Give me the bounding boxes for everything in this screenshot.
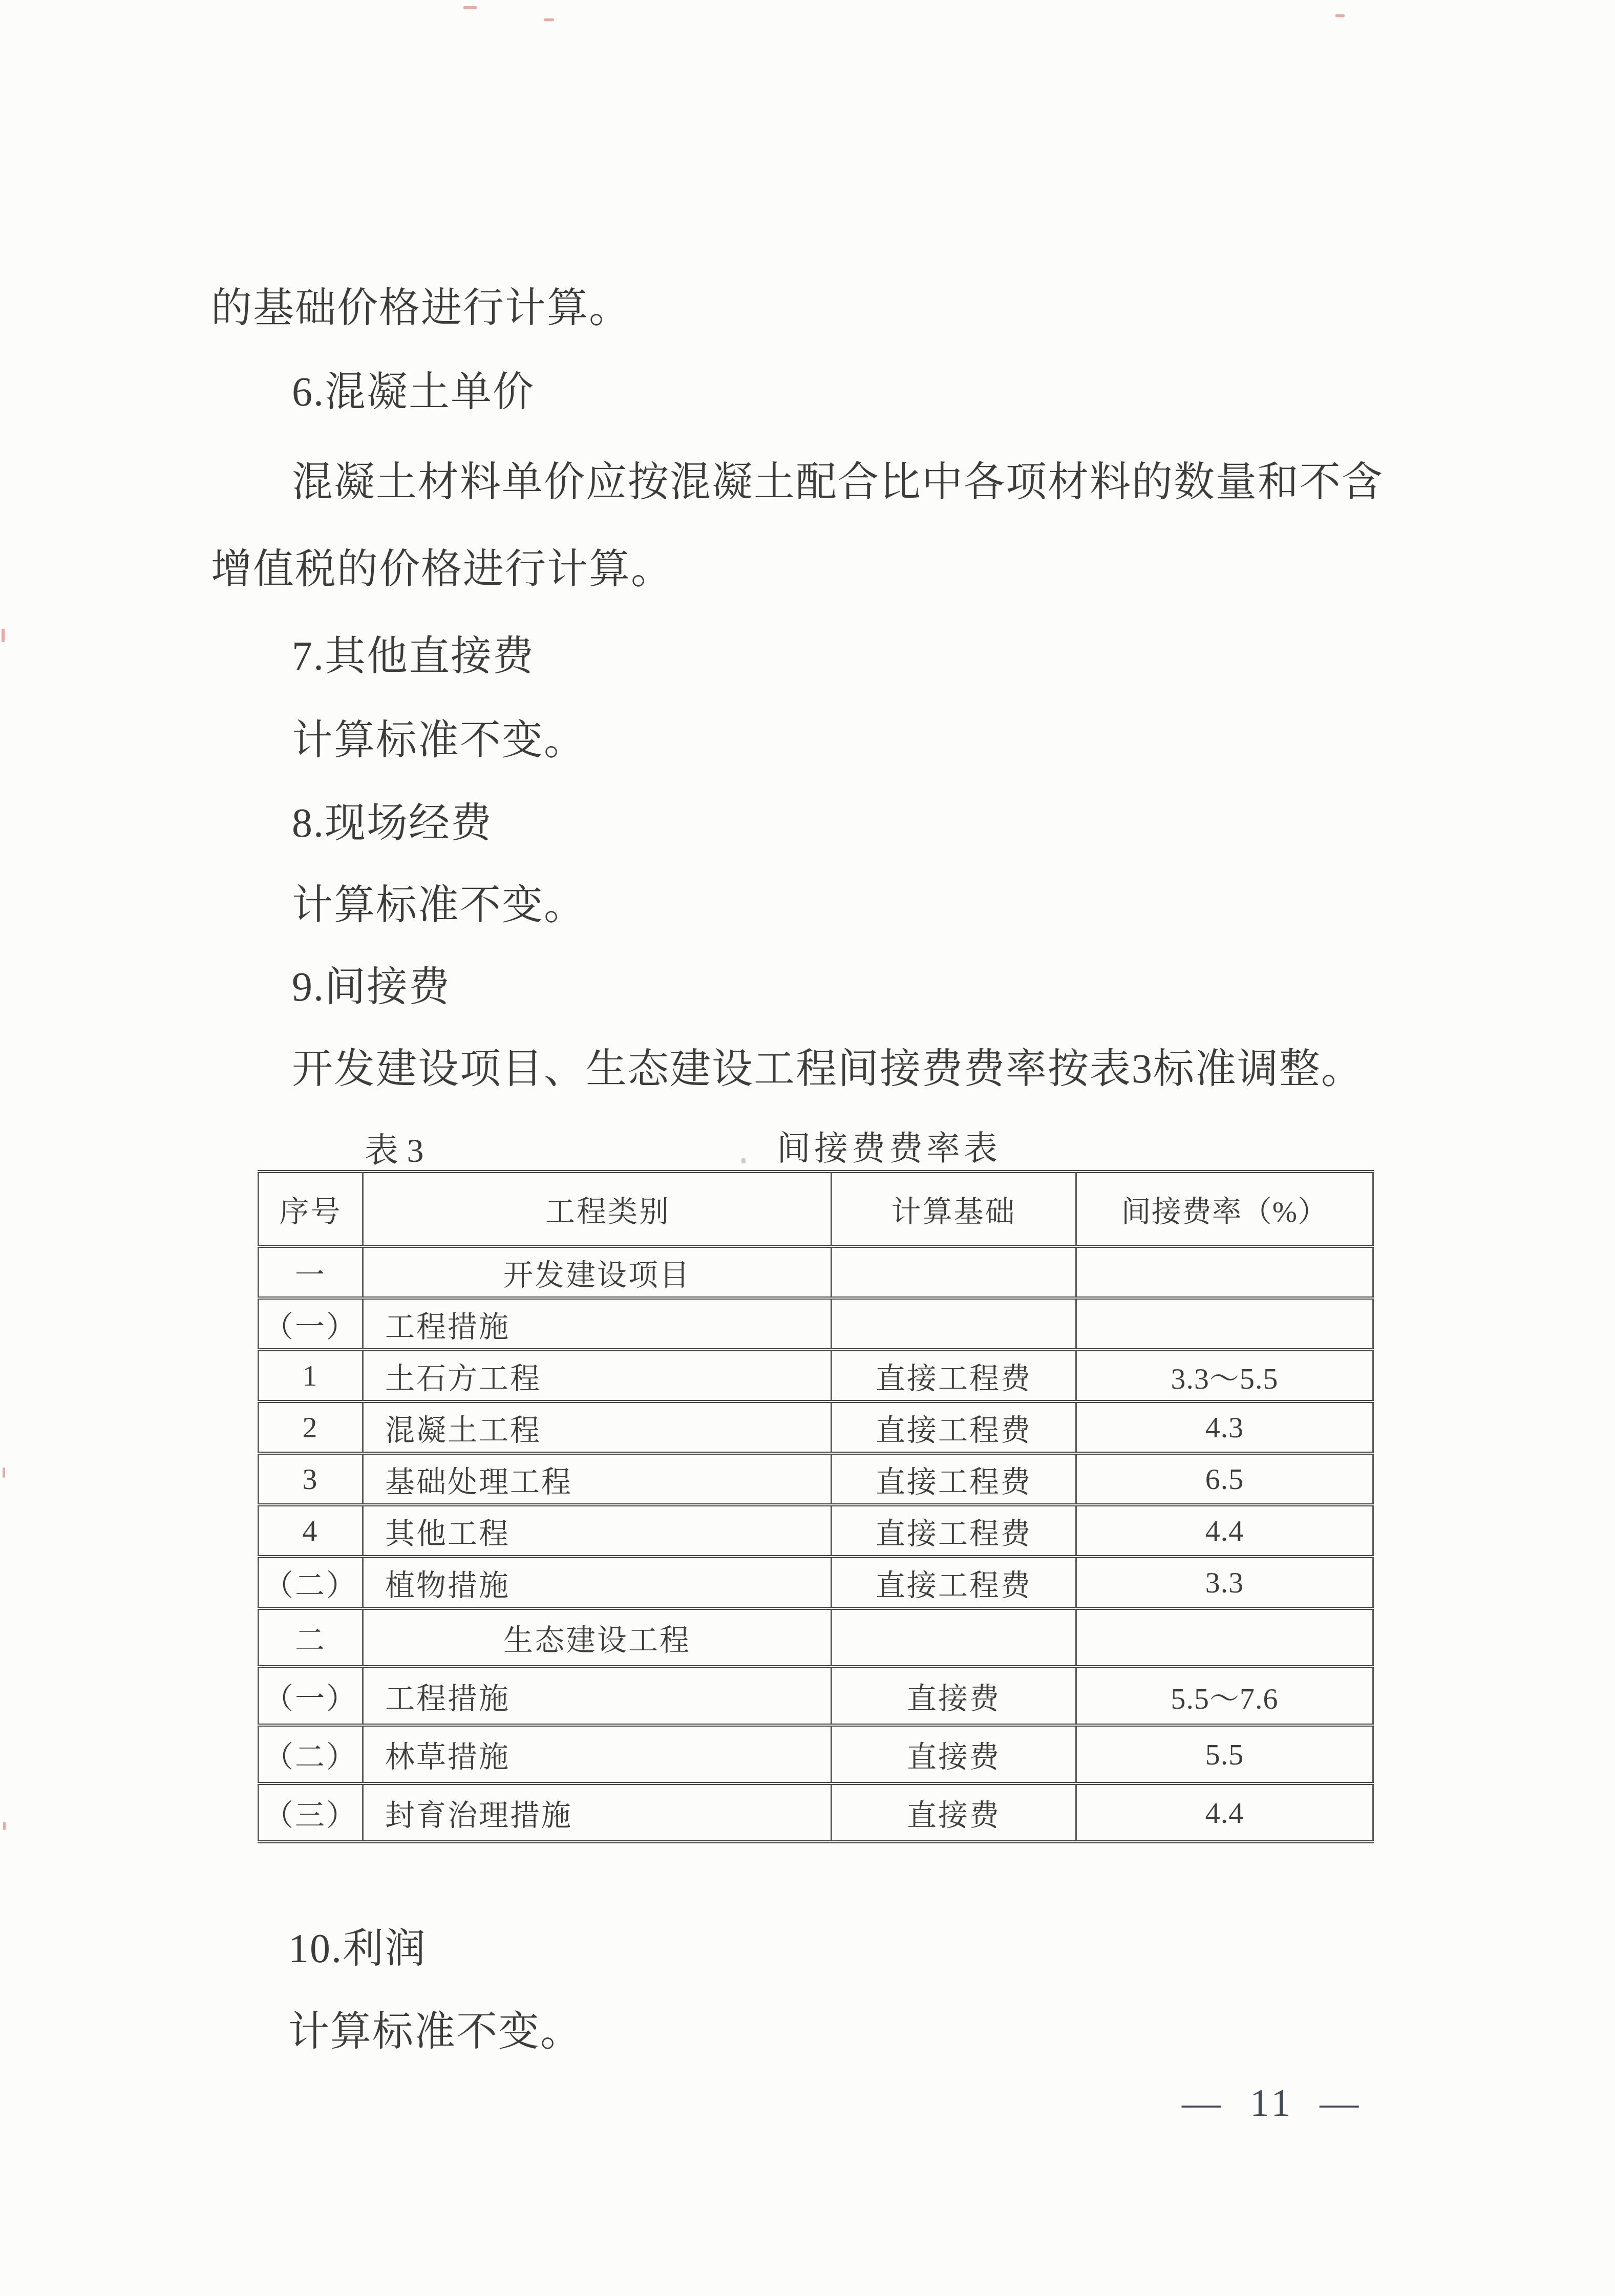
cell-category: 工程措施	[363, 1298, 832, 1350]
table-caption-label: 表 3	[365, 1133, 424, 1170]
cell-basis	[832, 1298, 1076, 1350]
fee-rate-table: 序号 工程类别 计算基础 间接费率（%） 一 开发建设项目 （一） 工程措施 1	[258, 1170, 1374, 1843]
cell-index: （一）	[259, 1667, 363, 1725]
cell-rate	[1076, 1298, 1373, 1350]
scan-artifact	[741, 1158, 746, 1163]
cell-basis	[832, 1246, 1076, 1298]
cell-rate	[1076, 1608, 1373, 1667]
cell-rate: 6.5	[1076, 1453, 1373, 1505]
cell-index: （二）	[259, 1557, 363, 1608]
cell-index: （三）	[259, 1783, 363, 1842]
cell-category: 植物措施	[363, 1557, 832, 1608]
header-cell-category: 工程类别	[363, 1172, 832, 1246]
cell-basis: 直接工程费	[832, 1453, 1076, 1505]
cell-rate: 5.5	[1076, 1725, 1373, 1783]
cell-basis: 直接费	[832, 1667, 1076, 1725]
table-header-row: 序号 工程类别 计算基础 间接费率（%）	[259, 1172, 1373, 1246]
cell-category: 混凝土工程	[363, 1401, 832, 1453]
table-row: （三） 封育治理措施 直接费 4.4	[259, 1783, 1373, 1842]
scan-artifact	[2, 629, 5, 642]
cell-rate: 4.4	[1076, 1505, 1373, 1557]
table-row: （二） 林草措施 直接费 5.5	[259, 1725, 1373, 1783]
cell-rate: 3.3	[1076, 1557, 1373, 1608]
scan-artifact	[1335, 14, 1345, 17]
cell-basis: 直接工程费	[832, 1401, 1076, 1453]
cell-category: 工程措施	[363, 1667, 832, 1725]
body-line-12: 计算标准不变。	[288, 2009, 582, 2054]
header-cell-basis: 计算基础	[832, 1172, 1076, 1246]
cell-index: 3	[259, 1453, 363, 1505]
table-row: 2 混凝土工程 直接工程费 4.3	[259, 1401, 1373, 1453]
body-line-08: 计算标准不变。	[292, 883, 586, 928]
cell-index: （二）	[259, 1725, 363, 1783]
table-row: 4 其他工程 直接工程费 4.4	[259, 1505, 1373, 1557]
table-row: 1 土石方工程 直接工程费 3.3～5.5	[259, 1350, 1373, 1401]
table-caption-title: 间接费费率表	[777, 1131, 1001, 1168]
table-row: （二） 植物措施 直接工程费 3.3	[259, 1557, 1373, 1608]
cell-basis: 直接工程费	[832, 1557, 1076, 1608]
cell-category: 开发建设项目	[363, 1246, 832, 1298]
header-cell-rate: 间接费率（%）	[1076, 1172, 1373, 1246]
cell-index: 2	[259, 1401, 363, 1453]
cell-rate: 4.4	[1076, 1783, 1373, 1842]
cell-category: 封育治理措施	[363, 1783, 832, 1842]
body-line-06: 计算标准不变。	[292, 718, 586, 763]
body-line-01: 的基础价格进行计算。	[211, 286, 631, 331]
table-row: 二 生态建设工程	[259, 1608, 1373, 1667]
table-row: （一） 工程措施	[259, 1298, 1373, 1350]
scan-artifact	[463, 6, 477, 9]
body-line-04: 增值税的价格进行计算。	[211, 547, 673, 592]
cell-index: 1	[259, 1350, 363, 1401]
scan-artifact	[3, 1468, 5, 1478]
cell-index: 4	[259, 1505, 363, 1557]
body-line-09: 9.间接费	[292, 965, 451, 1010]
body-line-07: 8.现场经费	[292, 801, 493, 846]
header-cell-index: 序号	[259, 1172, 363, 1246]
body-line-03: 混凝土材料单价应按混凝土配合比中各项材料的数量和不含	[292, 460, 1384, 505]
table-row: （一） 工程措施 直接费 5.5～7.6	[259, 1667, 1373, 1725]
cell-category: 林草措施	[363, 1725, 832, 1783]
page-number: — 11 —	[1182, 2081, 1362, 2125]
cell-basis: 直接工程费	[832, 1350, 1076, 1401]
cell-index: 一	[259, 1246, 363, 1298]
cell-category: 生态建设工程	[363, 1608, 832, 1667]
cell-basis: 直接费	[832, 1783, 1076, 1842]
scan-artifact	[544, 18, 554, 21]
cell-rate: 3.3～5.5	[1076, 1350, 1373, 1401]
scan-artifact	[3, 1822, 6, 1830]
cell-index: 二	[259, 1608, 363, 1667]
table-row: 3 基础处理工程 直接工程费 6.5	[259, 1453, 1373, 1505]
cell-basis	[832, 1608, 1076, 1667]
cell-rate: 4.3	[1076, 1401, 1373, 1453]
cell-category: 基础处理工程	[363, 1453, 832, 1505]
body-line-11: 10.利润	[288, 1926, 427, 1971]
cell-category: 其他工程	[363, 1505, 832, 1557]
body-line-10: 开发建设项目、生态建设工程间接费费率按表3标准调整。	[292, 1047, 1363, 1092]
body-line-02: 6.混凝土单价	[292, 370, 535, 415]
cell-rate	[1076, 1246, 1373, 1298]
cell-index: （一）	[259, 1298, 363, 1350]
table-row: 一 开发建设项目	[259, 1246, 1373, 1298]
document-page: 的基础价格进行计算。 6.混凝土单价 混凝土材料单价应按混凝土配合比中各项材料的…	[0, 0, 1615, 2296]
cell-basis: 直接工程费	[832, 1505, 1076, 1557]
cell-rate: 5.5～7.6	[1076, 1667, 1373, 1725]
cell-basis: 直接费	[832, 1725, 1076, 1783]
body-line-05: 7.其他直接费	[292, 634, 535, 679]
cell-category: 土石方工程	[363, 1350, 832, 1401]
